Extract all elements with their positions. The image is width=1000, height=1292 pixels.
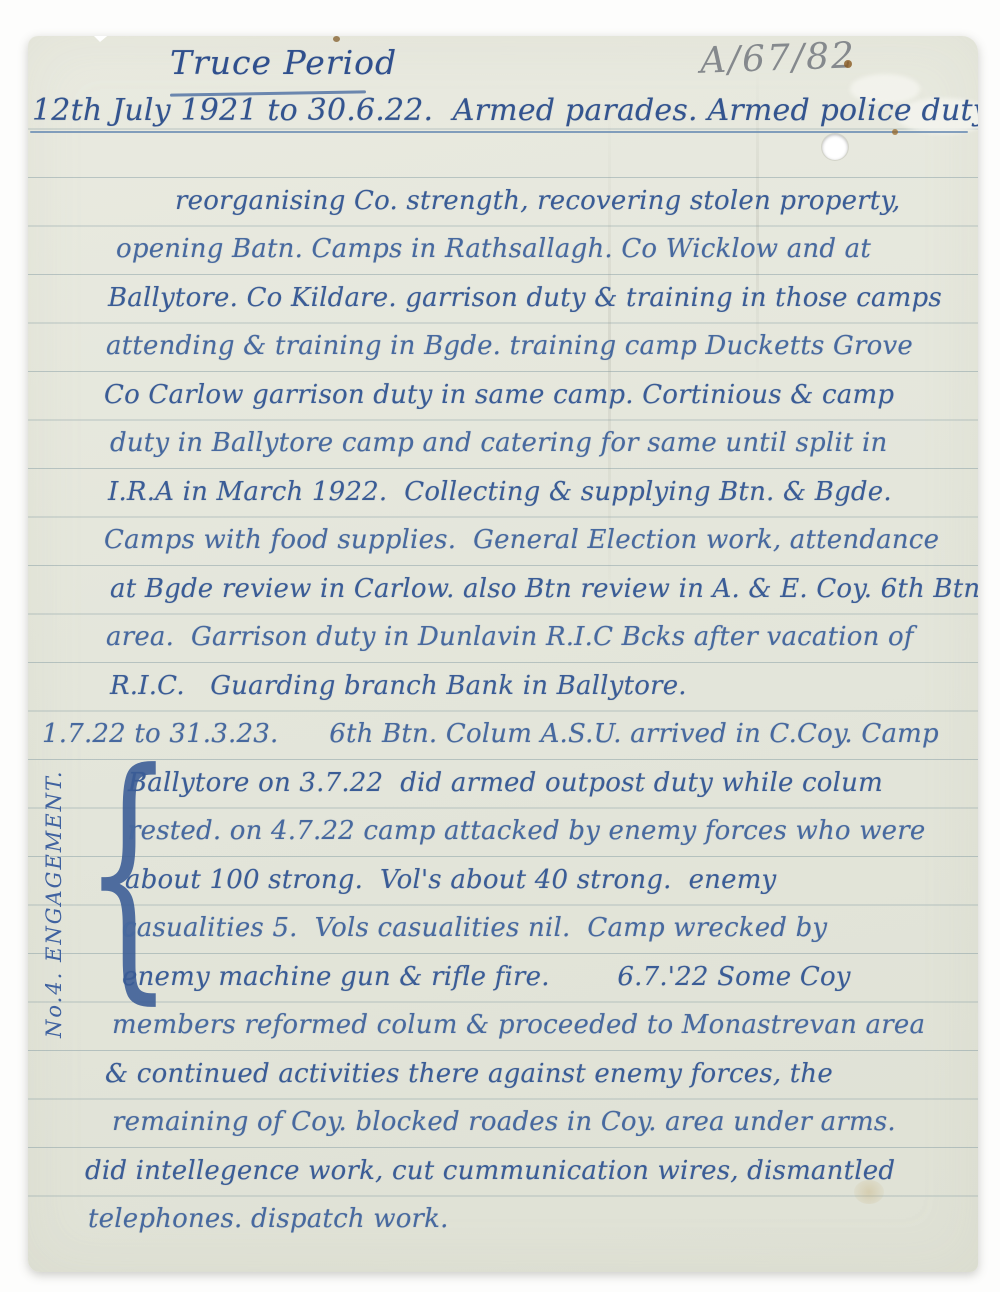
engagement-line: rested. on 4.7.22 camp attacked by enemy…: [128, 814, 925, 848]
engagement-line: members reformed colum & proceeded to Mo…: [112, 1008, 925, 1042]
margin-label: No.4. ENGAGEMENT.: [42, 769, 66, 1038]
date-heading-underline: [30, 131, 968, 133]
summary-line: Co Carlow garrison duty in same camp. Co…: [104, 378, 894, 412]
engagement-line: casualities 5. Vols casualities nil. Cam…: [122, 911, 827, 945]
summary-line: attending & training in Bgde. training c…: [106, 329, 913, 363]
archive-reference: A/67/82: [699, 36, 856, 82]
torn-notch: [90, 36, 112, 42]
stain-blotch: [854, 1180, 884, 1204]
summary-line: opening Batn. Camps in Rathsallagh. Co W…: [116, 232, 871, 266]
summary-line: area. Garrison duty in Dunlavin R.I.C Bc…: [106, 620, 914, 654]
stain-speck: [844, 60, 852, 68]
summary-line: at Bgde review in Carlow. also Btn revie…: [110, 572, 978, 606]
engagement-line: enemy machine gun & rifle fire. 6.7.'22 …: [122, 960, 851, 994]
summary-line: Camps with food supplies. General Electi…: [104, 523, 939, 557]
document-title: Truce Period: [170, 46, 397, 80]
summary-line: Ballytore. Co Kildare. garrison duty & t…: [108, 281, 942, 315]
summary-line: reorganising Co. strength, recovering st…: [175, 184, 900, 218]
summary-line: I.R.A in March 1922. Collecting & supply…: [108, 475, 892, 509]
curly-brace-icon: {: [84, 718, 123, 1030]
stain-speck: [333, 36, 340, 42]
stain-speck: [892, 129, 898, 135]
summary-line: duty in Ballytore camp and catering for …: [110, 426, 887, 460]
punch-hole: [822, 134, 848, 160]
engagement-line: remaining of Coy. blocked roades in Coy.…: [112, 1105, 896, 1139]
engagement-line: telephones. dispatch work.: [88, 1202, 449, 1236]
engagement-line: about 100 strong. Vol's about 40 strong.…: [125, 863, 776, 897]
scan-background: A/67/82 Truce Period 12th July 1921 to 3…: [0, 0, 1000, 1292]
summary-line: R.I.C. Guarding branch Bank in Ballytore…: [110, 669, 687, 703]
engagement-line: & continued activities there against ene…: [105, 1057, 833, 1091]
engagement-line: did intellegence work, cut cummunication…: [85, 1154, 895, 1188]
engagement-line: Ballytore on 3.7.22 did armed outpost du…: [128, 766, 883, 800]
date-heading: 12th July 1921 to 30.6.22. Armed parades…: [32, 94, 978, 128]
paper-sheet: A/67/82 Truce Period 12th July 1921 to 3…: [28, 36, 978, 1272]
engagement-line: 1.7.22 to 31.3.23. 6th Btn. Colum A.S.U.…: [42, 717, 939, 751]
